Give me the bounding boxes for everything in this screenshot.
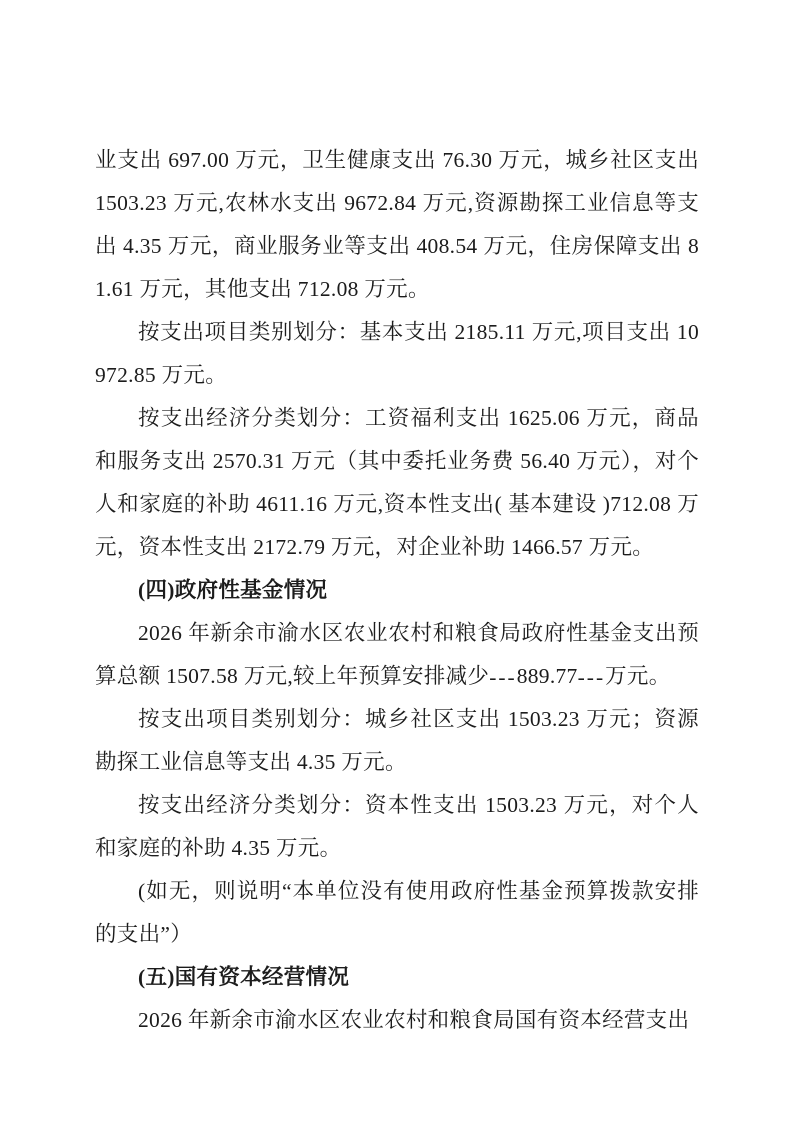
heading-section-5-state-capital: (五)国有资本经营情况: [95, 956, 699, 999]
paragraph-if-none-note: (如无，则说明“本单位没有使用政府性基金预算拨款安排的支出”）: [95, 870, 699, 956]
paragraph-expenditure-by-function-continued: 业支出 697.00 万元，卫生健康支出 76.30 万元，城乡社区支出 150…: [95, 139, 699, 311]
fill-in-dashes-left: ---: [489, 656, 516, 699]
gov-fund-decrease-value: 889.77: [517, 664, 578, 688]
fill-in-dashes-right: ---: [578, 656, 605, 699]
heading-section-4-government-funds: (四)政府性基金情况: [95, 569, 699, 612]
paragraph-by-project-category: 按支出项目类别划分：基本支出 2185.11 万元,项目支出 10972.85 …: [95, 311, 699, 397]
paragraph-by-economic-classification: 按支出经济分类划分：工资福利支出 1625.06 万元，商品和服务支出 2570…: [95, 397, 699, 569]
gov-fund-summary-post: 万元。: [605, 664, 670, 688]
paragraph-gov-fund-summary: 2026 年新余市渝水区农业农村和粮食局政府性基金支出预算总额 1507.58 …: [95, 612, 699, 698]
document-content: 业支出 697.00 万元，卫生健康支出 76.30 万元，城乡社区支出 150…: [95, 139, 699, 1042]
paragraph-gov-fund-by-category: 按支出项目类别划分：城乡社区支出 1503.23 万元；资源勘探工业信息等支出 …: [95, 698, 699, 784]
paragraph-state-capital-summary: 2026 年新余市渝水区农业农村和粮食局国有资本经营支出: [95, 999, 699, 1042]
document-page: 业支出 697.00 万元，卫生健康支出 76.30 万元，城乡社区支出 150…: [0, 0, 793, 1122]
paragraph-gov-fund-by-economic: 按支出经济分类划分：资本性支出 1503.23 万元，对个人和家庭的补助 4.3…: [95, 784, 699, 870]
